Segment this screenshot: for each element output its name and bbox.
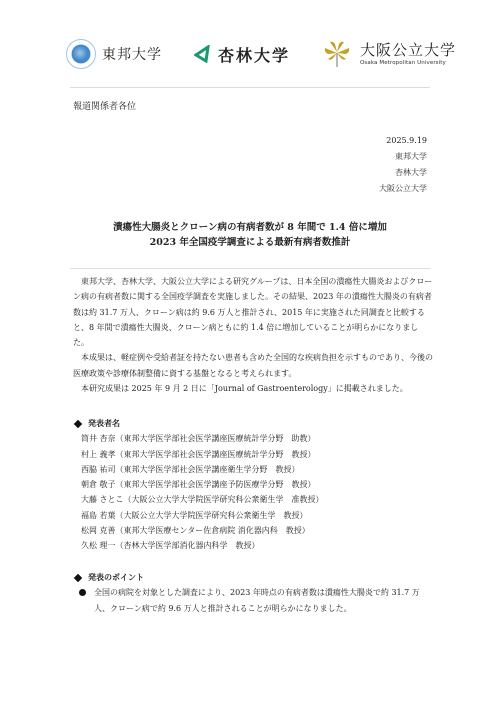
summary-body: 東邦大学、杏林大学、大阪公立大学による研究グループは、日本全国の潰瘍性大腸炎およ… <box>73 274 433 396</box>
presenter-name: 久松 理一 <box>81 538 116 553</box>
presenter-affiliation: （東邦大学医学部社会医学講座医療統計学分野 教授） <box>116 450 316 459</box>
presenter-item: 大藤 さとこ（大阪公立大学大学院医学研究科公衆衛生学 准教授） <box>73 492 433 507</box>
toho-university-name: 東邦大学 <box>102 44 162 64</box>
presenter-item: 松岡 克善（東邦大学医療センター佐倉病院 消化器内科 教授） <box>73 523 433 538</box>
osaka-metropolitan-university-name: 大阪公立大学 <box>360 42 456 59</box>
presenters-heading-label: 発表者名 <box>88 416 120 431</box>
presenter-name: 松岡 克善 <box>81 523 116 538</box>
sender-org-2: 杏林大学 <box>379 165 427 181</box>
toho-university-logo: 東邦大学 <box>66 36 162 72</box>
addressee: 報道関係者各位 <box>73 99 136 112</box>
presenter-name: 村上 義孝 <box>81 447 116 462</box>
title-line-2: 2023 年全国疫学調査による最新有病者数推計 <box>70 235 430 250</box>
key-points-heading-label: 発表のポイント <box>88 570 144 585</box>
logo-header: 東邦大学 杏林大学 大阪公立大学 Osaka Metropolitan Univ… <box>0 36 500 72</box>
presenter-affiliation: （東邦大学医学部社会医学講座衛生学分野 教授） <box>116 465 300 474</box>
diamond-bullet-icon <box>74 419 82 427</box>
ginkgo-mark-icon <box>322 39 352 69</box>
presenter-affiliation: （大阪公立大学大学院医学研究科公衆衛生学 教授） <box>116 511 308 520</box>
kyorin-university-name: 杏林大学 <box>218 43 290 66</box>
kyorin-triangle-mark-icon <box>194 45 210 63</box>
kyorin-university-logo: 杏林大学 <box>194 36 290 72</box>
release-date: 2025.9.19 <box>379 133 427 149</box>
divider-middle <box>70 268 430 269</box>
presenter-item: 村上 義孝（東邦大学医学部社会医学講座医療統計学分野 教授） <box>73 447 433 462</box>
presenter-name: 西脇 祐司 <box>81 462 116 477</box>
sender-block: 2025.9.19 東邦大学 杏林大学 大阪公立大学 <box>379 133 427 197</box>
presenter-affiliation: （東邦大学医学部社会医学講座医療統計学分野 助教） <box>116 434 316 443</box>
divider-top <box>70 87 430 88</box>
toho-university-emblem-icon <box>66 39 96 69</box>
presenter-affiliation: （大阪公立大学大学院医学研究科公衆衛生学 准教授） <box>124 495 324 504</box>
presenters-heading: 発表者名 <box>73 416 433 431</box>
key-point-item: 全国の病院を対象とした調査により、2023 年時点の有病者数は潰瘍性大腸炎で約 … <box>73 585 433 616</box>
presenter-item: 朝倉 敬子（東邦大学医学部社会医学講座予防医療学分野 教授） <box>73 477 433 492</box>
presenters-section: 発表者名 筒井 杏奈（東邦大学医学部社会医学講座医療統計学分野 助教） 村上 義… <box>73 416 433 554</box>
presenter-item: 福島 若葉（大阪公立大学大学院医学研究科公衆衛生学 教授） <box>73 508 433 523</box>
presenter-affiliation: （杏林大学医学部消化器内科学 教授） <box>116 541 260 550</box>
title-line-1: 潰瘍性大腸炎とクローン病の有病者数が 8 年間で 1.4 倍に増加 <box>70 220 430 235</box>
presenter-item: 西脇 祐司（東邦大学医学部社会医学講座衛生学分野 教授） <box>73 462 433 477</box>
presenter-name: 筒井 杏奈 <box>81 431 116 446</box>
presenter-affiliation: （東邦大学医療センター佐倉病院 消化器内科 教授） <box>116 526 310 535</box>
osaka-metropolitan-university-english-name: Osaka Metropolitan University <box>360 59 456 67</box>
summary-paragraph-2: 本成果は、軽症例や受給者証を持たない患者も含めた全国的な疾病負担を示すものであり… <box>73 350 433 381</box>
presenter-item: 久松 理一（杏林大学医学部消化器内科学 教授） <box>73 538 433 553</box>
presenter-name: 福島 若葉 <box>81 508 116 523</box>
sender-org-1: 東邦大学 <box>379 149 427 165</box>
summary-paragraph-1: 東邦大学、杏林大学、大阪公立大学による研究グループは、日本全国の潰瘍性大腸炎およ… <box>73 274 433 350</box>
key-points-section: 発表のポイント 全国の病院を対象とした調査により、2023 年時点の有病者数は潰… <box>73 570 433 616</box>
diamond-bullet-icon <box>74 573 82 581</box>
sender-org-3: 大阪公立大学 <box>379 181 427 197</box>
circle-bullet-icon <box>79 589 86 596</box>
key-points-heading: 発表のポイント <box>73 570 433 585</box>
press-release-title: 潰瘍性大腸炎とクローン病の有病者数が 8 年間で 1.4 倍に増加 2023 年… <box>70 220 430 250</box>
osaka-metropolitan-university-logo: 大阪公立大学 Osaka Metropolitan University <box>322 36 456 72</box>
presenter-name: 大藤 さとこ <box>81 492 124 507</box>
presenter-item: 筒井 杏奈（東邦大学医学部社会医学講座医療統計学分野 助教） <box>73 431 433 446</box>
summary-paragraph-3: 本研究成果は 2025 年 9 月 2 日に「Journal of Gastro… <box>73 381 433 396</box>
presenter-name: 朝倉 敬子 <box>81 477 116 492</box>
presenter-affiliation: （東邦大学医学部社会医学講座予防医療学分野 教授） <box>116 480 316 489</box>
key-point-text: 全国の病院を対象とした調査により、2023 年時点の有病者数は潰瘍性大腸炎で約 … <box>94 585 433 616</box>
